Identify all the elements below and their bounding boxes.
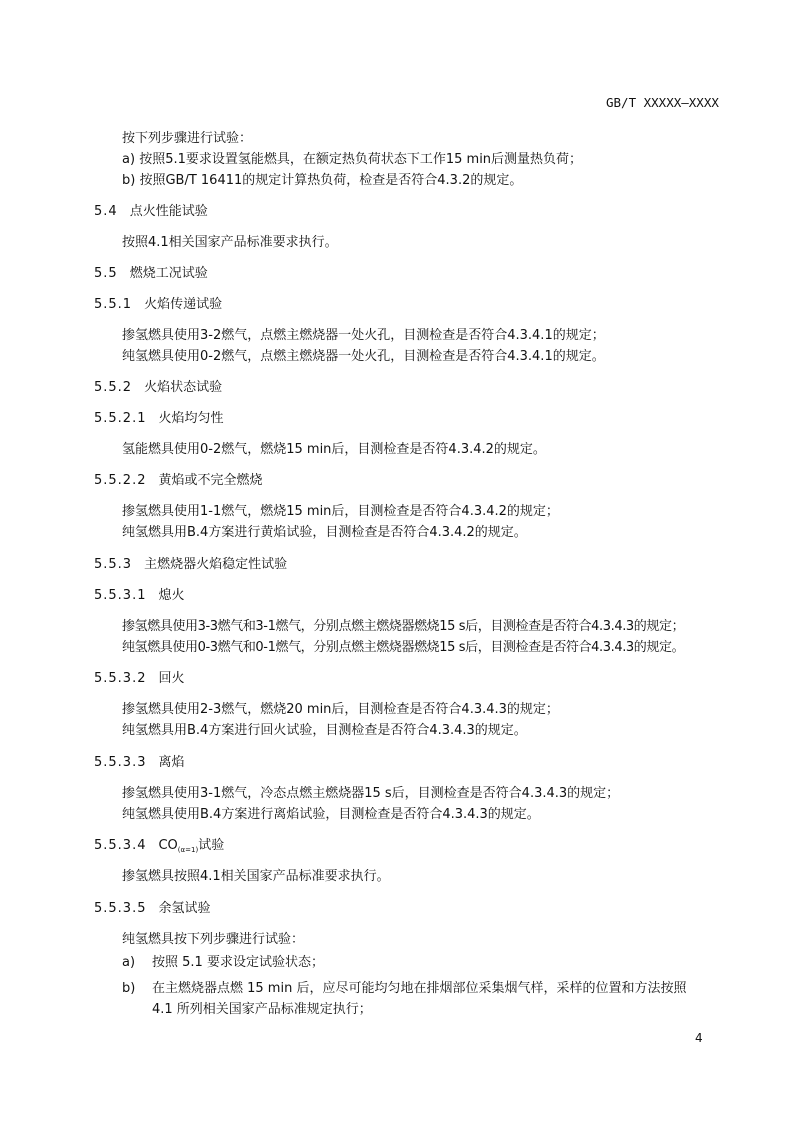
paragraph-line: 掺氢燃具使用2-3燃气，燃烧20 min后，目测检查是否符合4.3.4.3的规定…: [122, 702, 559, 718]
section-title: 主燃烧器火焰稳定性试验: [144, 557, 287, 572]
section-heading-5-5-3-1: 5.5.3.1熄火: [94, 588, 185, 604]
section-heading-5-5-2-1: 5.5.2.1火焰均匀性: [94, 411, 224, 427]
item-label: a): [122, 152, 135, 167]
section-heading-5-5: 5.5燃烧工况试验: [94, 266, 208, 282]
paragraph-line: 掺氢燃具使用3-2燃气，点燃主燃烧器一处火孔，目测检查是否符合4.3.4.1的规…: [122, 328, 605, 344]
document-code-header: GB/T XXXXX—XXXX: [606, 95, 719, 111]
section-heading-5-5-3-3: 5.5.3.3离焰: [94, 755, 185, 771]
alpha-subscript: (α=1): [178, 846, 198, 854]
section-heading-5-5-3-2: 5.5.3.2回火: [94, 671, 185, 687]
section-heading-5-5-3: 5.5.3主燃烧器火焰稳定性试验: [94, 557, 287, 573]
paragraph-line: 纯氢燃具使用0-2燃气，点燃主燃烧器一处火孔，目测检查是否符合4.3.4.1的规…: [122, 349, 605, 365]
section-number: 5.5.3.4: [94, 838, 146, 854]
section-heading-5-5-2-2: 5.5.2.2黄焰或不完全燃烧: [94, 473, 263, 489]
section-title: 熄火: [158, 588, 184, 603]
section-title: 火焰均匀性: [158, 411, 223, 426]
section-title: 离焰: [158, 755, 184, 770]
section-number: 5.5.3.3: [94, 755, 146, 771]
paragraph-line: 掺氢燃具使用3-3燃气和3-1燃气，分别点燃主燃烧器燃烧15 s后，目测检查是否…: [122, 619, 684, 635]
section-heading-5-5-2: 5.5.2火焰状态试验: [94, 380, 222, 396]
paragraph-line: 掺氢燃具按照4.1相关国家产品标准要求执行。: [122, 869, 390, 885]
section-number: 5.5.3.1: [94, 588, 146, 604]
section-title-co: CO: [158, 838, 177, 853]
paragraph-line: 掺氢燃具使用1-1燃气，燃烧15 min后，目测检查是否符合4.3.4.2的规定…: [122, 504, 559, 520]
section-number: 5.4: [94, 204, 118, 220]
item-text: 按照5.1要求设置氢能燃具，在额定热负荷状态下工作15 min后测量热负荷；: [139, 152, 582, 167]
intro-lead: 按下列步骤进行试验：: [122, 131, 252, 147]
paragraph-line: 纯氢燃具使用0-3燃气和0-1燃气，分别点燃主燃烧器燃烧15 s后，目测检查是否…: [122, 640, 684, 656]
section-number: 5.5.1: [94, 297, 132, 313]
list-item-b-continuation: 4.1 所列相关国家产品标准规定执行；: [152, 1002, 372, 1018]
section-number: 5.5.3.2: [94, 671, 146, 687]
section-heading-5-5-1: 5.5.1火焰传递试验: [94, 297, 222, 313]
section-5-5-3-5-lead: 纯氢燃具按下列步骤进行试验：: [122, 932, 304, 948]
paragraph-line: 氢能燃具使用0-2燃气，燃烧15 min后，目测检查是否符4.3.4.2的规定。: [122, 442, 546, 458]
paragraph-line: 纯氢燃具使用B.4方案进行离焰试验，目测检查是否符合4.3.4.3的规定。: [122, 807, 540, 823]
section-heading-5-5-3-4: 5.5.3.4CO(α=1)试验: [94, 838, 224, 858]
section-number: 5.5: [94, 266, 118, 282]
section-heading-5-4: 5.4点火性能试验: [94, 204, 208, 220]
list-item-a: a)按照 5.1 要求设定试验状态；: [122, 955, 324, 971]
intro-item-a: a) 按照5.1要求设置氢能燃具，在额定热负荷状态下工作15 min后测量热负荷…: [122, 152, 582, 168]
list-item-b: b)在主燃烧器点燃 15 min 后，应尽可能均匀地在排烟部位采集烟气样，采样的…: [122, 981, 686, 997]
section-title-tail: 试验: [198, 838, 224, 853]
intro-item-b: b) 按照GB/T 16411的规定计算热负荷，检查是否符合4.3.2的规定。: [122, 173, 522, 189]
section-number: 5.5.2: [94, 380, 132, 396]
item-text: 按照GB/T 16411的规定计算热负荷，检查是否符合4.3.2的规定。: [139, 173, 522, 188]
section-number: 5.5.3: [94, 557, 132, 573]
paragraph-line: 掺氢燃具使用3-1燃气，冷态点燃主燃烧器15 s后，目测检查是否符合4.3.4.…: [122, 786, 619, 802]
section-number: 5.5.2.1: [94, 411, 146, 427]
section-number: 5.5.2.2: [94, 473, 146, 489]
section-title: 点火性能试验: [130, 204, 208, 219]
section-title: 燃烧工况试验: [130, 266, 208, 281]
section-title: 火焰状态试验: [144, 380, 222, 395]
section-5-4-body: 按照4.1相关国家产品标准要求执行。: [122, 235, 338, 251]
paragraph-line: 纯氢燃具用B.4方案进行回火试验，目测检查是否符合4.3.4.3的规定。: [122, 723, 527, 739]
item-label: b): [122, 173, 135, 188]
section-heading-5-5-3-5: 5.5.3.5余氢试验: [94, 901, 211, 917]
item-label: a): [122, 955, 152, 971]
item-label: b): [122, 981, 152, 997]
section-title: 回火: [158, 671, 184, 686]
section-title: 余氢试验: [158, 901, 210, 916]
page-number: 4: [695, 1031, 703, 1045]
item-text: 按照 5.1 要求设定试验状态；: [152, 955, 324, 970]
section-number: 5.5.3.5: [94, 901, 146, 917]
section-title: 火焰传递试验: [144, 297, 222, 312]
paragraph-line: 纯氢燃具用B.4方案进行黄焰试验，目测检查是否符合4.3.4.2的规定。: [122, 525, 527, 541]
section-title: 黄焰或不完全燃烧: [158, 473, 262, 488]
item-text: 在主燃烧器点燃 15 min 后，应尽可能均匀地在排烟部位采集烟气样，采样的位置…: [152, 981, 686, 996]
